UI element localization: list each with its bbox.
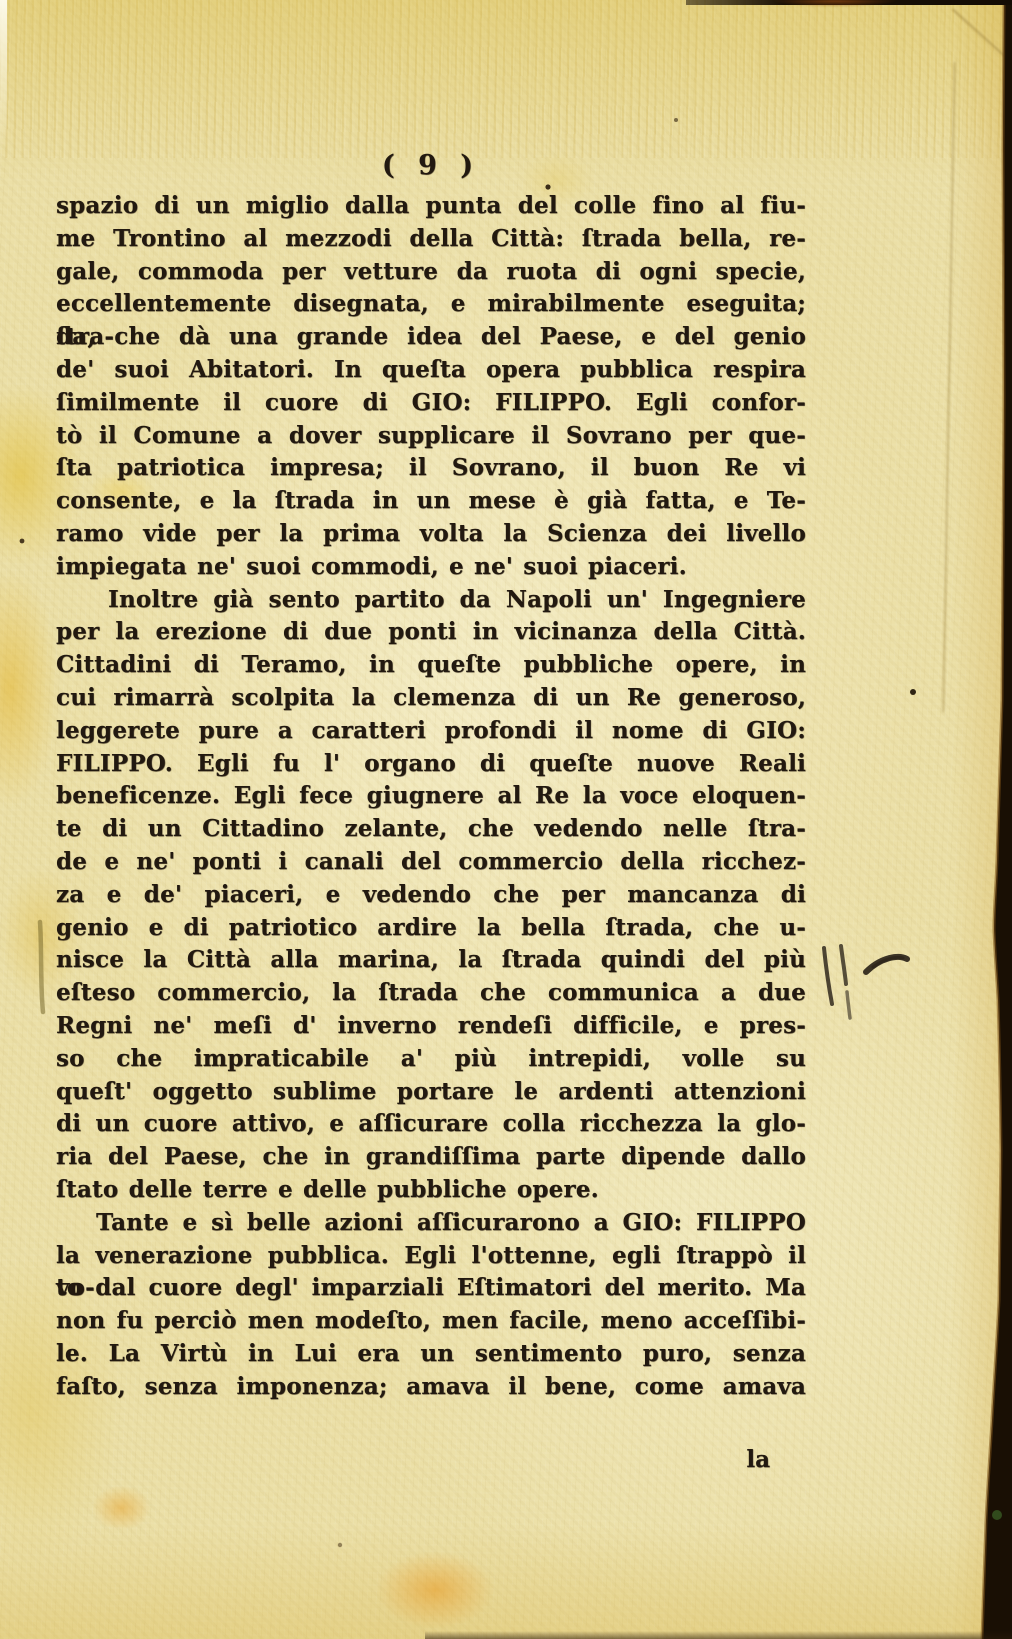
text-line: Cittadini di Teramo, in queſte pubbliche… [56,649,806,682]
text-line: so che impraticabile a' più intrepidi, v… [56,1043,806,1076]
text-line: nisce la Città alla marina, la ſtrada qu… [56,944,806,977]
text-line: FILIPPO. Egli fu l' organo di queſte nuo… [56,748,806,781]
text-line: genio e di patriotico ardire la bella ſt… [56,912,806,945]
text-line: Inoltre già sento partito da Napoli un' … [56,584,806,617]
page-top-edge-rust-stain [768,0,902,9]
page-bottom-edge-shadow [425,1631,1012,1639]
text-line: di un cuore attivo, e aſſicurare colla r… [56,1108,806,1141]
text-line: leggerete pure a caratteri profondi il n… [56,715,806,748]
text-line: ramo vide per la prima volta la Scienza … [56,518,806,551]
text-line: cui rimarrà scolpita la clemenza di un R… [56,682,806,715]
text-line: da, che dà una grande idea del Paese, e … [56,321,806,354]
page-number: ( 9 ) [56,150,806,181]
page-content: ( 9 ) spazio di un miglio dalla punta de… [0,0,1012,1639]
text-line: to dal cuore degl' imparziali Eſtimatori… [56,1272,806,1305]
text-line: per la erezione di due ponti in vicinanz… [56,616,806,649]
text-line: non fu perciò men modeſto, men facile, m… [56,1305,806,1338]
text-line: ſta patriotica impresa; il Sovrano, il b… [56,452,806,485]
text-line: spazio di un miglio dalla punta del coll… [56,190,806,223]
text-line: la venerazione pubblica. Egli l'ottenne,… [56,1240,806,1273]
text-line: beneficenze. Egli fece giugnere al Re la… [56,780,806,813]
text-line: me Trontino al mezzodi della Città: ſtra… [56,223,806,256]
text-line: Regni ne' meſi d' inverno rendeſi diffic… [56,1010,806,1043]
text-line: queſt' oggetto sublime portare le ardent… [56,1076,806,1109]
text-line: ria del Paese, che in grandiſſima parte … [56,1141,806,1174]
text-line: eſteso commercio, la ſtrada che communic… [56,977,806,1010]
text-line: te di un Cittadino zelante, che vedendo … [56,813,806,846]
text-line: ſimilmente il cuore di GIO: FILIPPO. Egl… [56,387,806,420]
text-line: ſtato delle terre e delle pubbliche oper… [56,1174,806,1207]
text-line: consente, e la ſtrada in un mese è già f… [56,485,806,518]
catchword: la [56,1446,806,1473]
text-line: Tante e sì belle azioni aſſicurarono a G… [56,1207,806,1240]
catchword-text: la [746,1446,770,1473]
text-block: spazio di un miglio dalla punta del coll… [56,190,806,1403]
text-line: de' suoi Abitatori. In queſta opera pubb… [56,354,806,387]
text-line: tò il Comune a dover supplicare il Sovra… [56,420,806,453]
text-line: faſto, senza imponenza; amava il bene, c… [56,1371,806,1404]
text-line: eccellentemente disegnata, e mirabilment… [56,288,806,321]
text-line: de e ne' ponti i canali del commercio de… [56,846,806,879]
text-line: le. La Virtù in Lui era un sentimento pu… [56,1338,806,1371]
text-line: impiegata ne' suoi commodi, e ne' suoi p… [56,551,806,584]
text-line: gale, commoda per vetture da ruota di og… [56,256,806,289]
scanned-book-page: ( 9 ) spazio di un miglio dalla punta de… [0,0,1012,1639]
text-line: za e de' piaceri, e vedendo che per manc… [56,879,806,912]
